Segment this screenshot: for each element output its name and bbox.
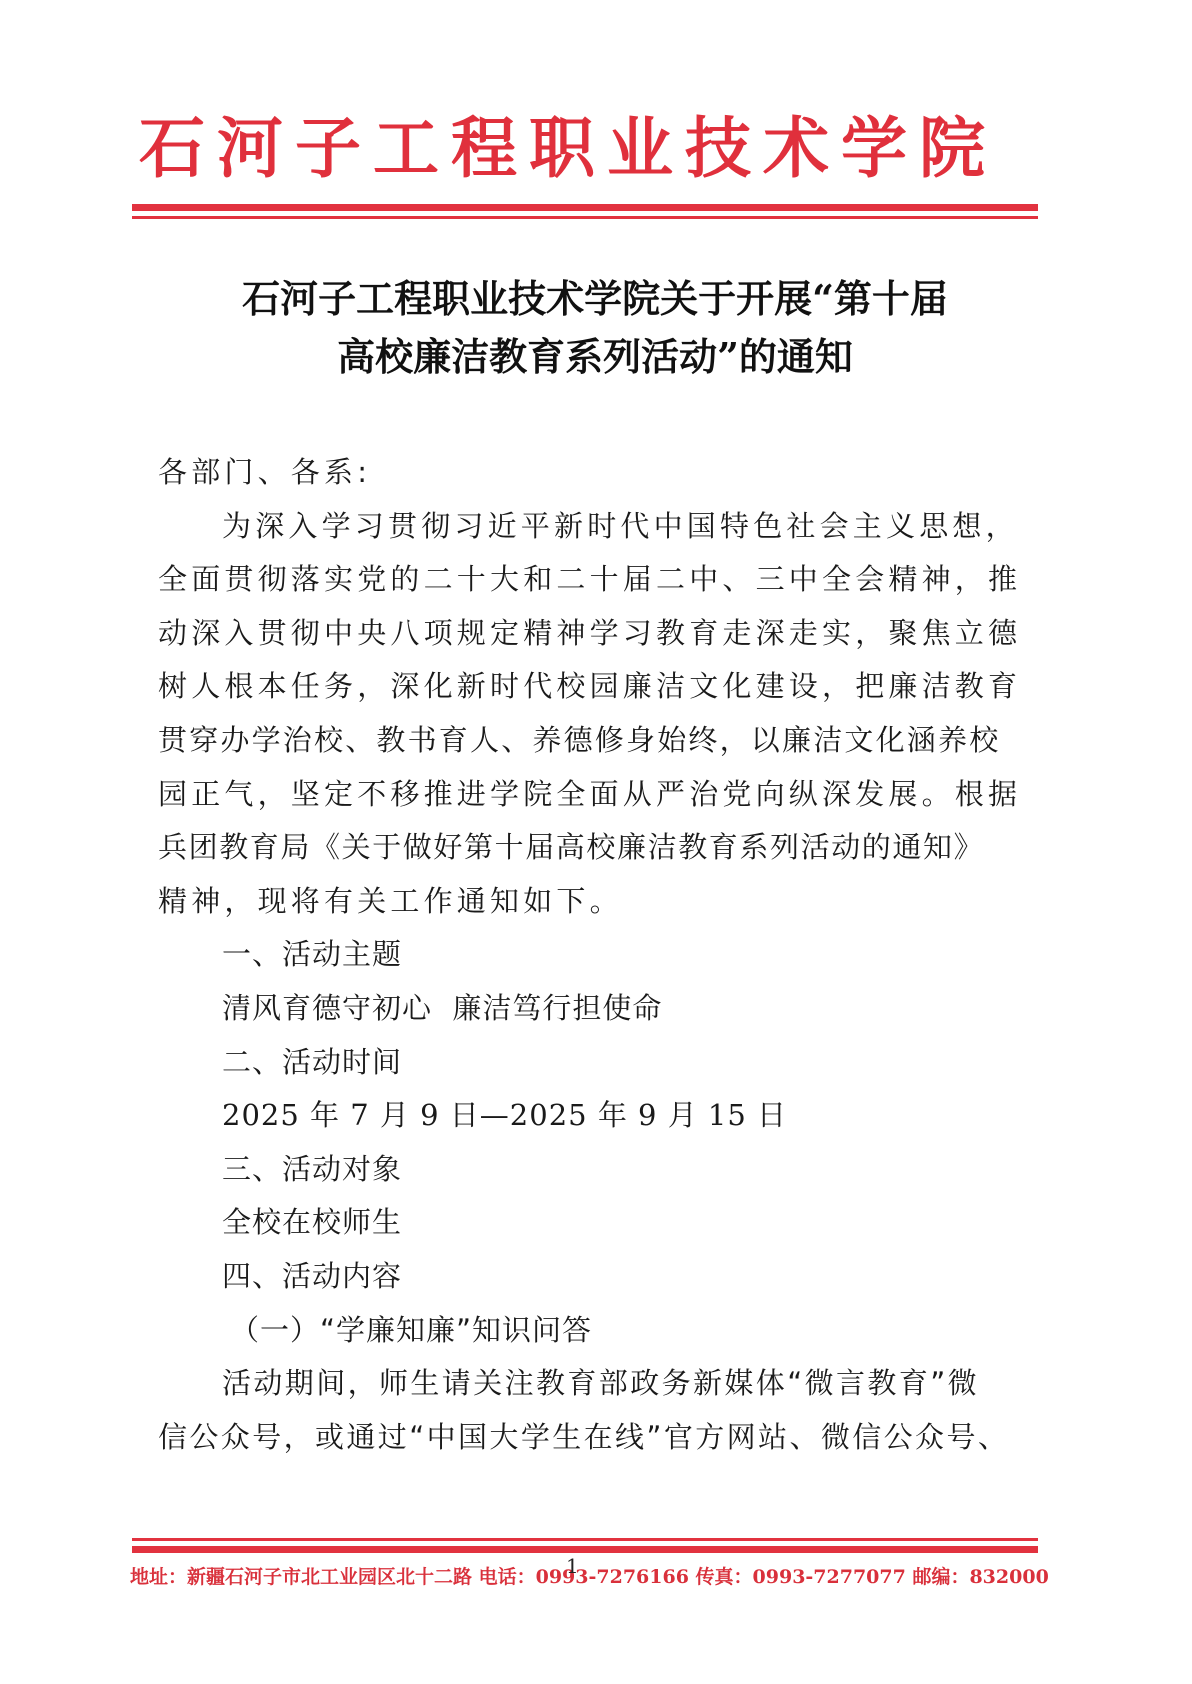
section-content-audience: 全校在校师生 <box>158 1196 1038 1250</box>
subsection-line: 信公众号，或通过“中国大学生在线”官方网站、微信公众号、 <box>158 1411 1038 1465</box>
subsection-heading-quiz: （一）“学廉知廉”知识问答 <box>158 1304 1038 1358</box>
footer-divider-thin <box>132 1538 1038 1541</box>
document-page: 石河子工程职业技术学院 石河子工程职业技术学院关于开展“第十届 高校廉洁教育系列… <box>0 0 1192 1684</box>
intro-line: 树人根本任务，深化新时代校园廉洁文化建设，把廉洁教育 <box>158 660 1038 714</box>
subsection-line: 活动期间，师生请关注教育部政务新媒体“微言教育”微 <box>158 1357 1038 1411</box>
section-content-theme: 清风育德守初心 廉洁笃行担使命 <box>158 982 1038 1036</box>
letterhead-divider-thin <box>132 216 1038 219</box>
footer-contact-info: 地址：新疆石河子市北工业园区北十二路 电话：0993-7276166 传真：09… <box>130 1562 1050 1589</box>
intro-line: 园正气，坚定不移推进学院全面从严治党向纵深发展。根据 <box>158 768 1038 822</box>
salutation: 各部门、各系: <box>158 446 1038 500</box>
intro-line: 为深入学习贯彻习近平新时代中国特色社会主义思想， <box>158 500 1038 554</box>
intro-line: 全面贯彻落实党的二十大和二十届二中、三中全会精神，推 <box>158 553 1038 607</box>
document-title: 石河子工程职业技术学院关于开展“第十届 高校廉洁教育系列活动”的通知 <box>130 270 1060 386</box>
document-title-line-1: 石河子工程职业技术学院关于开展“第十届 <box>130 270 1060 328</box>
section-content-time: 2025 年 7 月 9 日—2025 年 9 月 15 日 <box>158 1089 1038 1143</box>
section-heading-audience: 三、活动对象 <box>158 1143 1038 1197</box>
intro-line: 兵团教育局《关于做好第十届高校廉洁教育系列活动的通知》 <box>158 821 1038 875</box>
intro-line: 精神，现将有关工作通知如下。 <box>158 875 1038 929</box>
page-number: 1 <box>566 1554 579 1578</box>
letterhead-divider-thick <box>132 204 1038 211</box>
document-title-line-2: 高校廉洁教育系列活动”的通知 <box>130 328 1060 386</box>
section-heading-content: 四、活动内容 <box>158 1250 1038 1304</box>
intro-line: 贯穿办学治校、教书育人、养德修身始终，以廉洁文化涵养校 <box>158 714 1038 768</box>
section-heading-theme: 一、活动主题 <box>158 928 1038 982</box>
section-heading-time: 二、活动时间 <box>158 1036 1038 1090</box>
footer-divider-thick <box>132 1546 1038 1553</box>
document-body: 各部门、各系: 为深入学习贯彻习近平新时代中国特色社会主义思想， 全面贯彻落实党… <box>158 446 1038 1464</box>
intro-line: 动深入贯彻中央八项规定精神学习教育走深走实，聚焦立德 <box>158 607 1038 661</box>
letterhead-institution-name: 石河子工程职业技术学院 <box>128 108 1008 188</box>
